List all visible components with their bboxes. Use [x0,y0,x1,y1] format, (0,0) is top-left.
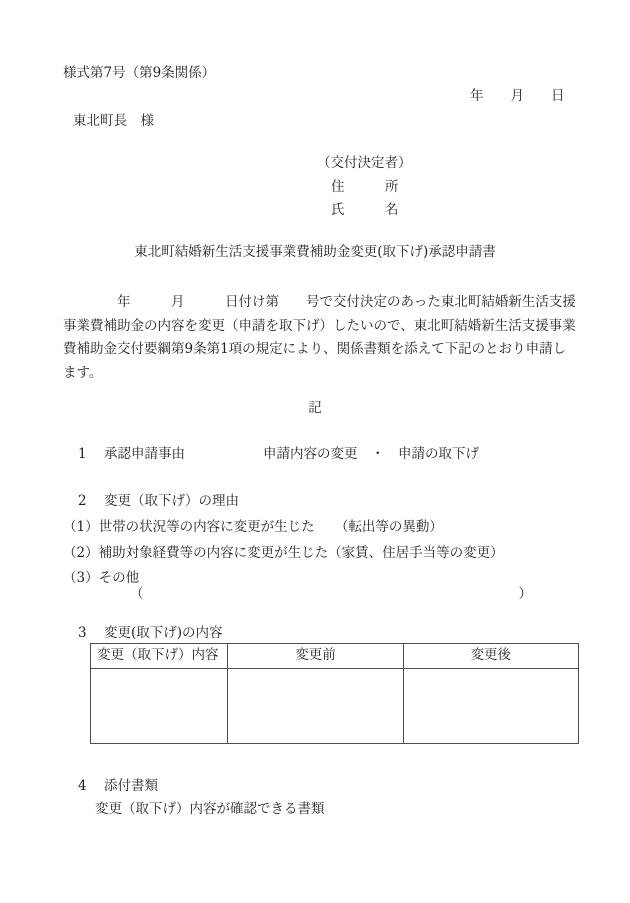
section-2-item-1: （1）世帯の状況等の内容に変更が生じた （転出等の異動） [63,518,443,538]
body-paragraph: 年 月 日付け第 号で交付決定のあった東北町結婚新生活支援 事業費補助金の内容を… [63,291,573,385]
change-content-table: 変更（取下げ）内容 変更前 変更後 [90,643,579,744]
section-1-number: 1 [78,445,87,465]
date-line: 年 月 日 [470,87,565,107]
table-cell-before-change [228,669,403,744]
section-2-heading: 変更（取下げ）の理由 [104,492,239,512]
form-number: 様式第7号（第9条関係） [63,64,215,84]
addressee: 東北町長 様 [73,112,154,132]
ki-marker: 記 [0,399,630,419]
section-3-number: 3 [78,624,87,644]
section-2-item-3: （3）その他 [63,569,139,589]
section-2-number: 2 [78,492,87,512]
table-row [91,669,579,744]
other-reason-blank: （ ） [130,585,532,605]
section-3-heading: 変更(取下げ)の内容 [104,624,223,644]
section-4-heading: 添付書類 [104,777,158,797]
table-header-change-content: 変更（取下げ）内容 [91,644,228,669]
section-4-number: 4 [78,777,87,797]
address-label: 住 所 [331,178,399,198]
table-header-row: 変更（取下げ）内容 変更前 変更後 [91,644,579,669]
table-header-after-change: 変更後 [403,644,578,669]
section-2-item-2: （2）補助対象経費等の内容に変更が生じた（家賃、住居手当等の変更） [63,544,504,564]
section-1-heading: 承認申請事由 [104,445,185,465]
document-title: 東北町結婚新生活支援事業費補助金変更(取下げ)承認申請書 [0,243,630,263]
open-paren: （ [130,585,144,605]
applicant-label: （交付決定者） [317,154,412,174]
document-page: 様式第7号（第9条関係） 年 月 日 東北町長 様 （交付決定者） 住 所 氏 … [0,0,630,903]
close-paren: ） [519,585,533,605]
section-1-options: 申請内容の変更 ・ 申請の取下げ [263,445,479,465]
table-cell-after-change [403,669,578,744]
name-label: 氏 名 [331,201,399,221]
body-line: 費補助金交付要綱第9条第1項の規定により、関係書類を添えて下記のとおり申請し [63,338,573,362]
table-cell-change-content [91,669,228,744]
body-line: 事業費補助金の内容を変更（申請を取下げ）したいので、東北町結婚新生活支援事業 [63,315,573,339]
body-line: 年 月 日付け第 号で交付決定のあった東北町結婚新生活支援 [63,291,573,315]
body-line: ます。 [63,362,573,386]
section-4-note: 変更（取下げ）内容が確認できる書類 [95,800,325,820]
table-header-before-change: 変更前 [228,644,403,669]
